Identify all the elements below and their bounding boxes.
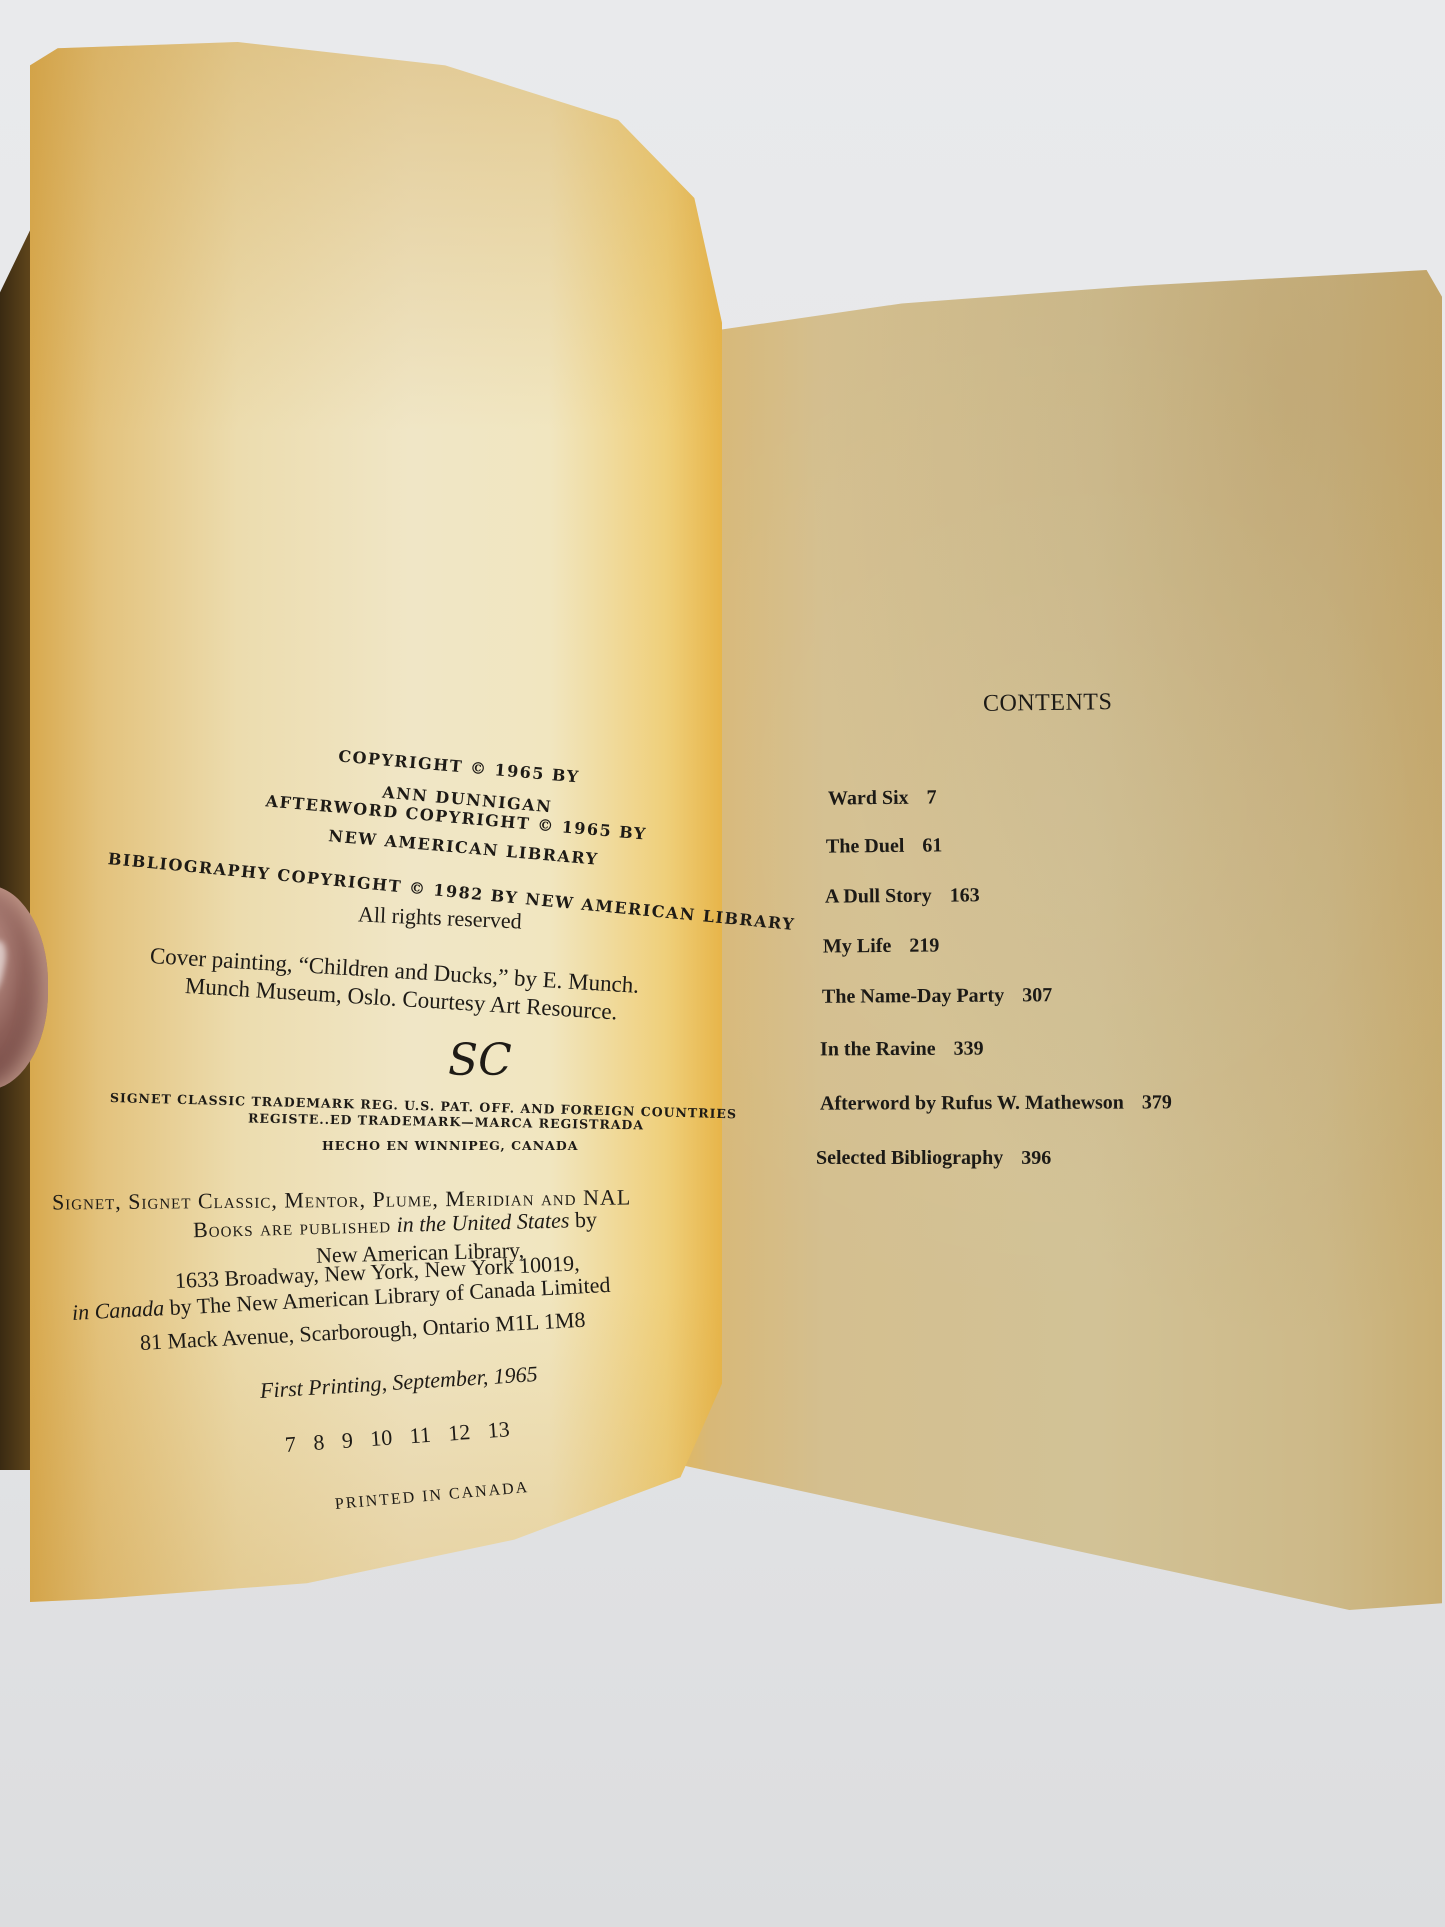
photo-scene: CONTENTS Ward Six7 The Duel61 A Dull Sto… xyxy=(0,0,1445,1927)
toc-entry: In the Ravine339 xyxy=(820,1038,984,1062)
toc-entry: My Life219 xyxy=(823,934,940,958)
right-page xyxy=(670,270,1442,1610)
toc-entry: A Dull Story163 xyxy=(825,884,980,908)
toc-entry: The Duel61 xyxy=(826,834,943,858)
toc-page: 379 xyxy=(1142,1091,1172,1113)
toc-title: Afterword by Rufus W. Mathewson xyxy=(820,1092,1124,1115)
toc-page: 7 xyxy=(926,786,936,808)
toc-entry: The Name-Day Party307 xyxy=(822,984,1052,1009)
toc-title: In the Ravine xyxy=(820,1038,936,1061)
toc-entry: Ward Six7 xyxy=(828,786,937,810)
trademark-line: HECHO EN WINNIPEG, CANADA xyxy=(322,1138,578,1153)
toc-title: The Duel xyxy=(826,835,905,858)
toc-page: 396 xyxy=(1021,1147,1051,1169)
toc-title: The Name-Day Party xyxy=(822,985,1004,1008)
toc-page: 61 xyxy=(922,834,942,856)
toc-page: 339 xyxy=(954,1038,984,1060)
toc-page: 307 xyxy=(1022,984,1052,1006)
toc-entry: Selected Bibliography396 xyxy=(816,1147,1051,1170)
toc-entry: Afterword by Rufus W. Mathewson379 xyxy=(820,1091,1172,1115)
toc-title: Ward Six xyxy=(828,787,909,810)
toc-page: 219 xyxy=(909,934,939,956)
toc-page: 163 xyxy=(950,884,980,906)
toc-title: Selected Bibliography xyxy=(816,1147,1003,1169)
toc-title: My Life xyxy=(823,935,892,958)
contents-heading: CONTENTS xyxy=(983,689,1113,718)
toc-title: A Dull Story xyxy=(825,885,932,908)
signet-classic-logo-icon: SC xyxy=(448,1035,512,1086)
